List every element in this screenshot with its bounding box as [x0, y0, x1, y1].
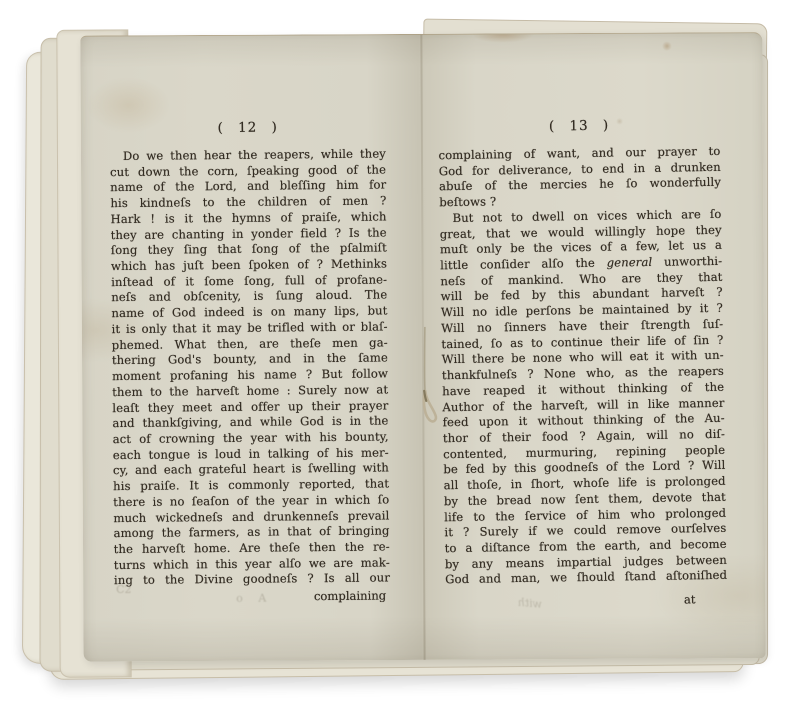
paragraph: complaining of want, and our prayer toGo… [438, 144, 721, 211]
text-line: ing to the Divine goodneſs ? Is all our [114, 571, 390, 589]
binding-thread-icon [412, 327, 439, 443]
paragraph: Do we then hear the reapers, while theyc… [110, 146, 390, 589]
show-through-mark: with [517, 596, 543, 611]
open-pamphlet: ( 12 ) Do we then hear the reapers, whil… [22, 24, 769, 678]
page-12-number: ( 12 ) [110, 118, 386, 137]
page-13-number: ( 13 ) [438, 116, 720, 136]
page-12: ( 12 ) Do we then hear the reapers, whil… [110, 118, 391, 662]
show-through-mark: o A [236, 592, 272, 605]
page-13: ( 13 ) complaining of want, and our pray… [438, 116, 728, 661]
page-12-text: Do we then hear the reapers, while theyc… [110, 146, 390, 589]
show-through-mark: C2 [116, 583, 132, 596]
page-13-catchword: at [445, 592, 727, 610]
paragraph: But not to dwell on vices which are ſogr… [439, 207, 727, 589]
photo-background: ( 12 ) Do we then hear the reapers, whil… [0, 0, 800, 705]
page-13-text: complaining of want, and our prayer toGo… [438, 144, 727, 589]
open-spread: ( 12 ) Do we then hear the reapers, whil… [80, 32, 765, 662]
text-line: God and man, we ſhould ſtand aſtoniſhed [445, 568, 727, 588]
